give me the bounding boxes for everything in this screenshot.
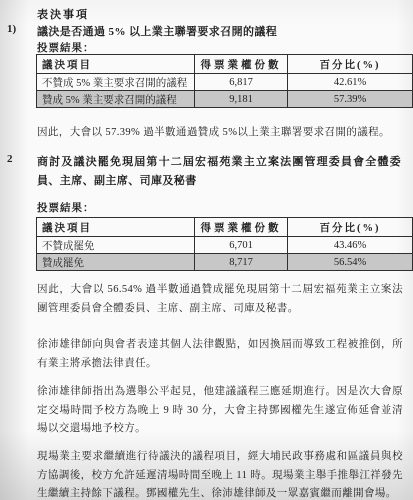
header-vote-shares: 得票業權份數 bbox=[195, 55, 288, 74]
table-row-highlighted: 贊成 5% 業主要求召開的議程 9,181 57.39% bbox=[37, 91, 413, 108]
item-1-conclusion: 因此，大會以 57.39% 過半數通過贊成 5%以上業主聯署要求召開的議程。 bbox=[37, 124, 403, 143]
table-row-highlighted: 贊成罷免 8,717 56.54% bbox=[37, 254, 413, 271]
paragraph-adjournment: 徐沛雄律師指出為選舉公平起見，他建議議程三應延期進行。因是次大會原定交場時間予校… bbox=[37, 383, 403, 439]
table-row: 不贊成罷免 6,701 43.46% bbox=[37, 237, 413, 254]
item-1-title: 議決是否通過 5% 以上業主聯署要求召開的議程 bbox=[37, 23, 401, 42]
cell-shares: 6,817 bbox=[195, 74, 288, 91]
header-agenda-item: 議決項目 bbox=[37, 218, 195, 237]
cell-item: 贊成罷免 bbox=[37, 254, 195, 271]
cell-percent: 42.61% bbox=[288, 74, 413, 91]
cell-item: 贊成 5% 業主要求召開的議程 bbox=[37, 91, 195, 108]
item-2-number: 2 bbox=[7, 153, 31, 165]
header-agenda-item: 議決項目 bbox=[37, 55, 195, 74]
table-header-row: 議決項目 得票業權份數 百分比(%) bbox=[37, 55, 413, 74]
item-2-title: 商討及議決罷免現屆第十二屆宏福苑業主立案法團管理委員會全體委員、主席、副主席、司… bbox=[37, 153, 401, 190]
header-percentage: 百分比(%) bbox=[288, 55, 413, 74]
cell-item: 不贊成 5% 業主要求召開的議程 bbox=[37, 74, 195, 91]
scanned-minutes-page: 表決事項 1) 議決是否通過 5% 以上業主聯署要求召開的議程 投票結果： 議決… bbox=[0, 0, 413, 500]
paragraph-lawyer-opinion: 徐沛雄律師向與會者表達其個人法律觀點，如因換屆而導致工程被推倒，所有業主將承擔法… bbox=[37, 336, 403, 373]
section-title: 表決事項 bbox=[37, 6, 89, 22]
paragraph-continuation: 現場業主要求繼續進行待議決的議程項目，經大埔民政事務處和區議員與校方協調後，校方… bbox=[37, 448, 403, 500]
vote-table-2: 議決項目 得票業權份數 百分比(%) 不贊成罷免 6,701 43.46% 贊成… bbox=[36, 217, 413, 271]
header-vote-shares: 得票業權份數 bbox=[195, 218, 288, 237]
cell-percent: 43.46% bbox=[288, 237, 413, 254]
cell-item: 不贊成罷免 bbox=[37, 237, 195, 254]
cell-shares: 8,717 bbox=[195, 254, 288, 271]
cell-shares: 6,701 bbox=[195, 237, 288, 254]
item-2-vote-result-label: 投票結果： bbox=[37, 200, 95, 215]
vote-table-1: 議決項目 得票業權份數 百分比(%) 不贊成 5% 業主要求召開的議程 6,81… bbox=[36, 54, 413, 108]
table-row: 不贊成 5% 業主要求召開的議程 6,817 42.61% bbox=[37, 74, 413, 91]
cell-percent: 56.54% bbox=[288, 254, 413, 271]
cell-percent: 57.39% bbox=[288, 91, 413, 108]
table-header-row: 議決項目 得票業權份數 百分比(%) bbox=[37, 218, 413, 237]
header-percentage: 百分比(%) bbox=[288, 218, 413, 237]
cell-shares: 9,181 bbox=[195, 91, 288, 108]
item-2-conclusion: 因此，大會以 56.54% 過半數通過贊成罷免現屆第十二屆宏福苑業主立案法團管理… bbox=[37, 281, 403, 318]
item-1-number: 1) bbox=[7, 23, 31, 35]
item-1-vote-result-label: 投票結果： bbox=[37, 40, 95, 55]
